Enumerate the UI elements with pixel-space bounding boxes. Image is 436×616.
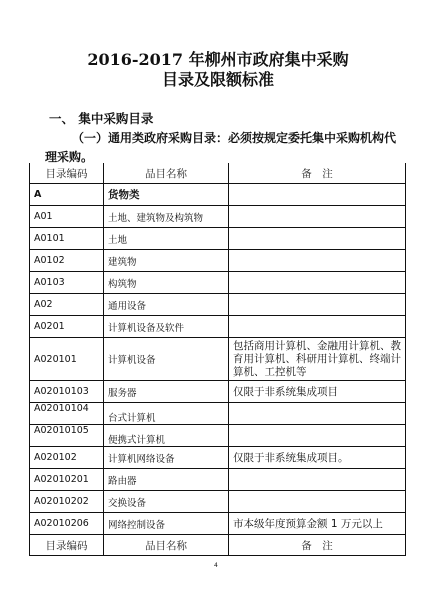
procurement-catalog-table: 目录编码 品目名称 备 注 A 货物类 A01 土地、建筑物及构筑物 A0101… [29, 163, 406, 556]
table-row: A02010206 网络控制设备 市本级年度预算金额 1 万元以上 [30, 513, 406, 535]
table-row: A02010103 服务器 仅限于非系统集成项目 [30, 381, 406, 403]
cell-note [229, 425, 406, 447]
table-row: A020101 计算机设备 包括商用计算机、金融用计算机、教育用计算机、科研用计… [30, 338, 406, 381]
document-title-line1: 2016-2017 年柳州市政府集中采购 [0, 50, 436, 70]
cell-name: 便携式计算机 [104, 425, 229, 447]
table-row: A020102 计算机网络设备 仅限于非系统集成项目。 [30, 447, 406, 469]
header-name: 品目名称 [104, 163, 229, 184]
table-row: A0101 土地 [30, 228, 406, 250]
cell-name: 通用设备 [104, 294, 229, 316]
table-row: A01 土地、建筑物及构筑物 [30, 206, 406, 228]
cell-code: A02010104 [30, 403, 104, 425]
cell-name: 土地 [104, 228, 229, 250]
cell-code: A02010105 [30, 425, 104, 447]
header-note: 备 注 [229, 163, 406, 184]
table-row: A02 通用设备 [30, 294, 406, 316]
table-row: A 货物类 [30, 184, 406, 206]
cell-note [229, 206, 406, 228]
cell-note [229, 250, 406, 272]
cell-note: 市本级年度预算金额 1 万元以上 [229, 513, 406, 535]
cell-code: A020102 [30, 447, 104, 469]
cell-note [229, 469, 406, 491]
cell-name: 路由器 [104, 469, 229, 491]
cell-note [229, 184, 406, 206]
table-row: A0103 构筑物 [30, 272, 406, 294]
cell-name: 建筑物 [104, 250, 229, 272]
cell-note [229, 294, 406, 316]
table-row: A02010202 交换设备 [30, 491, 406, 513]
table-row: A0102 建筑物 [30, 250, 406, 272]
cell-note [229, 403, 406, 425]
table-header-row: 目录编码 品目名称 备 注 [30, 163, 406, 184]
cell-note [229, 316, 406, 338]
table-row: A0201 计算机设备及软件 [30, 316, 406, 338]
cell-note [229, 272, 406, 294]
table-row: A02010104 台式计算机 [30, 403, 406, 425]
cell-note [229, 228, 406, 250]
cell-code: A02010103 [30, 381, 104, 403]
cell-note [229, 491, 406, 513]
cell-code: A0101 [30, 228, 104, 250]
subsection-heading: （一）通用类政府采购目录：必须按规定委托集中采购机构代 [72, 129, 396, 146]
cell-code: A0102 [30, 250, 104, 272]
cell-code: A [30, 184, 104, 206]
cell-name: 服务器 [104, 381, 229, 403]
cell-code: A0201 [30, 316, 104, 338]
cell-code: A02 [30, 294, 104, 316]
cell-name: 网络控制设备 [104, 513, 229, 535]
header-code: 目录编码 [30, 163, 104, 184]
cell-note: 仅限于非系统集成项目。 [229, 447, 406, 469]
cell-note: 包括商用计算机、金融用计算机、教育用计算机、科研用计算机、终端计算机、工控机等 [229, 338, 406, 381]
table-footer-header-row: 目录编码 品目名称 备 注 [30, 535, 406, 556]
cell-code: A02010201 [30, 469, 104, 491]
table-row: A02010105 便携式计算机 [30, 425, 406, 447]
cell-code: A0103 [30, 272, 104, 294]
cell-name: 土地、建筑物及构筑物 [104, 206, 229, 228]
section-heading: 一、 集中采购目录 [49, 109, 153, 127]
cell-code: A01 [30, 206, 104, 228]
footer-header-note: 备 注 [229, 535, 406, 556]
cell-name: 台式计算机 [104, 403, 229, 425]
cell-name: 构筑物 [104, 272, 229, 294]
table-row: A02010201 路由器 [30, 469, 406, 491]
cell-name: 货物类 [104, 184, 229, 206]
cell-name: 计算机设备及软件 [104, 316, 229, 338]
cell-name: 计算机网络设备 [104, 447, 229, 469]
cell-code: A02010202 [30, 491, 104, 513]
cell-name: 计算机设备 [104, 338, 229, 381]
cell-code: A02010206 [30, 513, 104, 535]
cell-code: A020101 [30, 338, 104, 381]
cell-name: 交换设备 [104, 491, 229, 513]
document-title-line2: 目录及限额标准 [0, 70, 436, 90]
footer-header-name: 品目名称 [104, 535, 229, 556]
footer-header-code: 目录编码 [30, 535, 104, 556]
page-number: 4 [214, 562, 218, 569]
cell-note: 仅限于非系统集成项目 [229, 381, 406, 403]
